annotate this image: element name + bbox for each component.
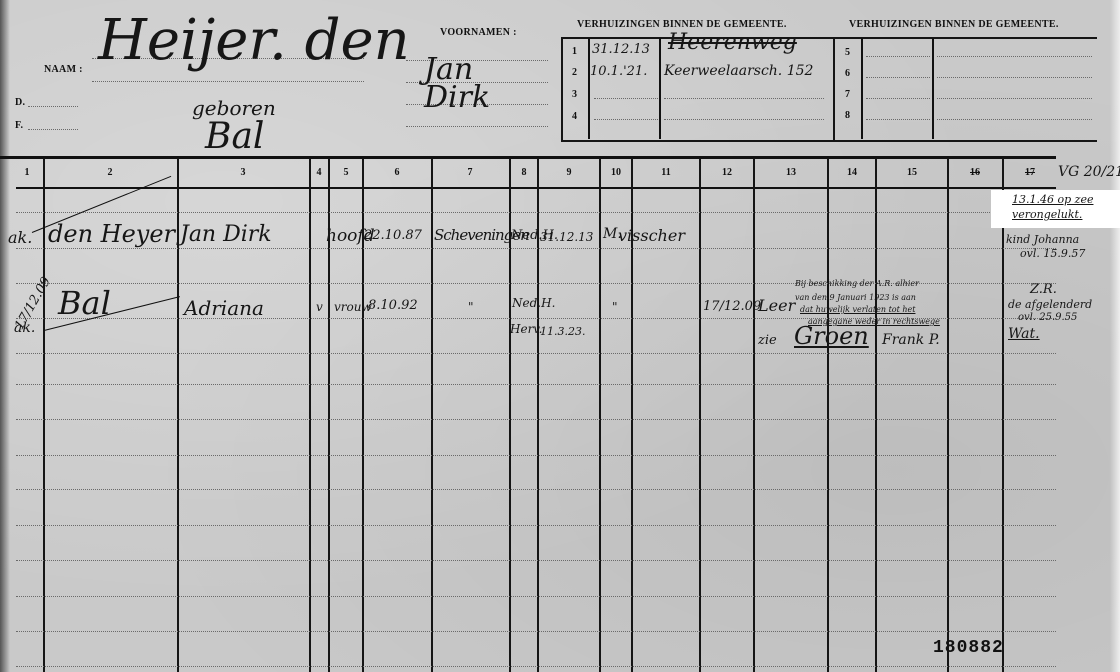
- surname-handwritten: Heijer. den: [98, 8, 410, 73]
- row-rule: [16, 666, 1056, 667]
- register-card: NAAM : Heijer. den D. F. geboren Bal VOO…: [0, 0, 1120, 672]
- row-rule: [16, 525, 1056, 526]
- col-divider: [947, 158, 949, 672]
- moves-left-rule-d: [664, 119, 824, 120]
- moves-left-divider-2: [659, 38, 661, 139]
- col-header-1: 1: [12, 167, 42, 178]
- move-num-4: 4: [572, 111, 577, 122]
- col-header-14: 14: [837, 167, 867, 178]
- row-rule: [16, 560, 1056, 561]
- col-header-9: 9: [554, 167, 584, 178]
- row2-note-line1: Bij beschikking der A.R. alhier: [795, 279, 919, 288]
- voornamen-label: VOORNAMEN :: [440, 27, 517, 38]
- row-rule: [16, 212, 1056, 213]
- row1-col9-date: 31.12.13: [540, 230, 593, 244]
- col-header-8: 8: [509, 167, 539, 178]
- row2-spouse-ref-2: Frank P.: [882, 332, 940, 348]
- col-header-5: 5: [331, 167, 361, 178]
- col-divider: [699, 158, 701, 672]
- f-rule: [28, 129, 78, 130]
- move-num-1: 1: [572, 46, 577, 57]
- row1-col1: ak.: [8, 228, 32, 247]
- row2-col9-date: 11.3.23.: [540, 325, 585, 338]
- voornamen-rule-4: [406, 126, 548, 127]
- row2-zie: zie: [758, 333, 777, 348]
- moves-left-divider-1: [588, 38, 590, 139]
- col-header-3: 3: [228, 167, 258, 178]
- col-header-15: 15: [897, 167, 927, 178]
- moves-left-rule-a: [594, 98, 658, 99]
- col-header-7: 7: [455, 167, 485, 178]
- d-rule: [28, 106, 78, 107]
- naam-label: NAAM :: [44, 64, 83, 75]
- col-header-6: 6: [382, 167, 412, 178]
- col-divider: [875, 158, 877, 672]
- col-divider: [43, 158, 45, 672]
- col-header-11: 11: [651, 167, 681, 178]
- row2-death-date: ovl. 25.9.55: [1018, 312, 1077, 323]
- moves-right-divider-1: [861, 38, 863, 139]
- col-divider: [827, 158, 829, 672]
- row2-col17-note: de afgelenderd: [1008, 298, 1092, 311]
- naam-rule-2: [92, 81, 364, 82]
- col-header-16: 16: [960, 167, 990, 178]
- scan-edge-light: [1110, 0, 1120, 672]
- row-rule: [16, 248, 1056, 249]
- row1-surname: den Heyer: [48, 220, 175, 248]
- moves-right-rule-2: [937, 56, 1092, 57]
- moves-right-rule-8: [937, 119, 1092, 120]
- row1-occupation: visscher: [618, 226, 685, 245]
- move-address-2: Keerweelaarsch. 152: [664, 63, 813, 79]
- row2-religion: Ned.H.: [512, 296, 555, 310]
- row2-birthplace: ": [468, 300, 474, 314]
- move-address-1: Heerenweg: [668, 30, 797, 55]
- row2-firstnames: Adriana: [184, 296, 264, 320]
- row2-spouse-ref: Groen: [794, 322, 869, 350]
- col-header-10: 10: [601, 167, 631, 178]
- row2-note-line3: dat huwelijk verlaten tot het: [800, 305, 915, 314]
- row2-col17-b: Wat.: [1008, 326, 1040, 342]
- move-num-7: 7: [845, 89, 850, 100]
- corner-note: VG 20/21: [1058, 164, 1120, 180]
- move-date-1: 31.12.13: [592, 42, 650, 57]
- col-header-13: 13: [776, 167, 806, 178]
- row-rule: [16, 353, 1056, 354]
- scan-edge-shadow: [0, 0, 10, 672]
- card-number-stamp: 180882: [933, 638, 1004, 658]
- move-date-2: 10.1.'21.: [590, 64, 647, 79]
- row2-col4: v: [316, 300, 323, 314]
- row-rule: [16, 631, 1056, 632]
- row2-zr: Z.R.: [1030, 282, 1057, 297]
- moves-right-divider-2: [932, 38, 934, 139]
- moves-right-rule-4: [937, 77, 1092, 78]
- col-divider: [431, 158, 433, 672]
- row-rule: [16, 384, 1056, 385]
- move-num-8: 8: [845, 110, 850, 121]
- moves-box-right: [833, 37, 1097, 142]
- move-num-5: 5: [845, 47, 850, 58]
- move-num-3: 3: [572, 89, 577, 100]
- col-divider: [599, 158, 601, 672]
- row-rule: [16, 489, 1056, 490]
- d-label: D.: [15, 97, 25, 108]
- row1-child-note: kind Johanna: [1006, 233, 1079, 246]
- row-rule: [16, 419, 1056, 420]
- col-divider: [1002, 158, 1004, 672]
- row2-col1-ak: ak.: [14, 320, 35, 336]
- col-header-4: 4: [304, 167, 334, 178]
- row1-death-note: 13.1.46 op zee verongelukt.: [1012, 192, 1116, 222]
- moves-right-rule-3: [866, 77, 930, 78]
- maiden-name: Bal: [205, 116, 264, 157]
- col-divider: [177, 158, 179, 672]
- row1-firstnames: Jan Dirk: [180, 222, 272, 247]
- move-num-6: 6: [845, 68, 850, 79]
- col-divider: [309, 158, 311, 672]
- row2-col13: Leer: [758, 296, 795, 315]
- moves-right-rule-6: [937, 98, 1092, 99]
- f-label: F.: [15, 120, 23, 131]
- col-header-2: 2: [95, 167, 125, 178]
- moves-left-rule-c: [594, 119, 658, 120]
- first-names-handwritten: Jan Dirk: [424, 56, 534, 112]
- row2-note-line2: van den 9 Januari 1923 is aan: [795, 293, 916, 302]
- row2-relation: vrouw: [334, 300, 372, 314]
- row-rule: [16, 455, 1056, 456]
- table-top-border: [0, 156, 1056, 159]
- moves-title-right: VERHUIZINGEN BINNEN DE GEMEENTE.: [849, 19, 1059, 30]
- row-rule: [16, 596, 1056, 597]
- row1-birthdate: 22.10.87: [364, 228, 422, 243]
- row2-birthdate: 8.10.92: [368, 298, 418, 313]
- row2-marriage-date: 17/12.09: [703, 299, 761, 314]
- row2-col10: ": [612, 300, 618, 314]
- moves-title-left: VERHUIZINGEN BINNEN DE GEMEENTE.: [577, 19, 787, 30]
- col-header-12: 12: [712, 167, 742, 178]
- moves-right-rule-5: [866, 98, 930, 99]
- move-num-2: 2: [572, 67, 577, 78]
- moves-right-rule-1: [866, 56, 930, 57]
- moves-right-rule-7: [866, 119, 930, 120]
- moves-left-rule-b: [664, 98, 824, 99]
- col-header-17: 17: [1015, 167, 1045, 178]
- header-row-border: [16, 187, 1056, 189]
- row1-child-death: ovl. 15.9.57: [1020, 247, 1085, 260]
- row2-religion-2: Herv.: [510, 322, 542, 336]
- col-divider: [753, 158, 755, 672]
